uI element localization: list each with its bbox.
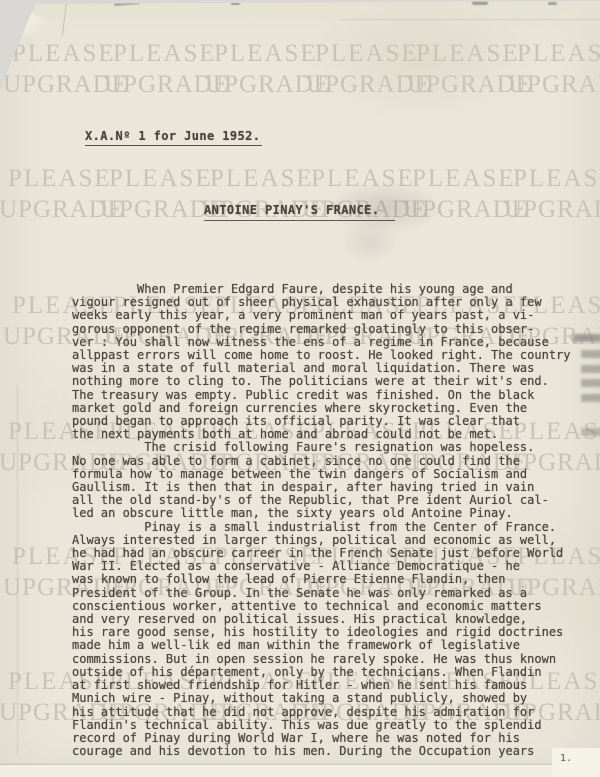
watermark-word: PLEASE	[315, 40, 419, 68]
edge-tear-mark	[231, 2, 240, 5]
watermark-word: PLEASE	[109, 165, 213, 193]
edge-tear-mark	[548, 2, 557, 5]
watermark-word: PLEASE	[12, 40, 116, 68]
watermark-word: PLEASE	[210, 165, 314, 193]
watermark-word: PLEASE	[416, 40, 520, 68]
document-title: ANTOINE PINAY'S FRANCE.	[204, 203, 395, 221]
paper-sheet: PLEASEUPGRADEPLEASEUPGRADEPLEASEUPGRADEP…	[0, 0, 600, 777]
document-body: When Premier Edgard Faure, despite his y…	[72, 283, 571, 758]
watermark-word: UPGRADE	[508, 71, 600, 99]
ink-smudge	[340, 222, 400, 262]
scanned-page: PLEASEUPGRADEPLEASEUPGRADEPLEASEUPGRADEP…	[0, 0, 600, 777]
print-through-mark	[581, 394, 600, 402]
watermark-word: UPGRADE	[504, 196, 600, 224]
document-reference: X.A.Nº 1 for June 1952.	[85, 129, 262, 146]
crease-mark	[340, 19, 600, 20]
edge-tear-mark	[472, 1, 488, 5]
watermark-word: PLEASE	[513, 165, 600, 193]
print-through-mark	[573, 334, 600, 342]
print-through-mark	[581, 365, 600, 373]
print-through-mark	[581, 350, 600, 358]
crease-mark	[17, 385, 18, 755]
print-through-mark	[581, 428, 600, 436]
watermark-word: PLEASE	[517, 40, 600, 68]
watermark-word: PLEASE	[113, 40, 217, 68]
underlying-sheet-edge	[0, 765, 600, 777]
watermark-word: PLEASE	[214, 40, 318, 68]
print-through-mark	[581, 379, 600, 387]
watermark-word: PLEASE	[8, 165, 112, 193]
